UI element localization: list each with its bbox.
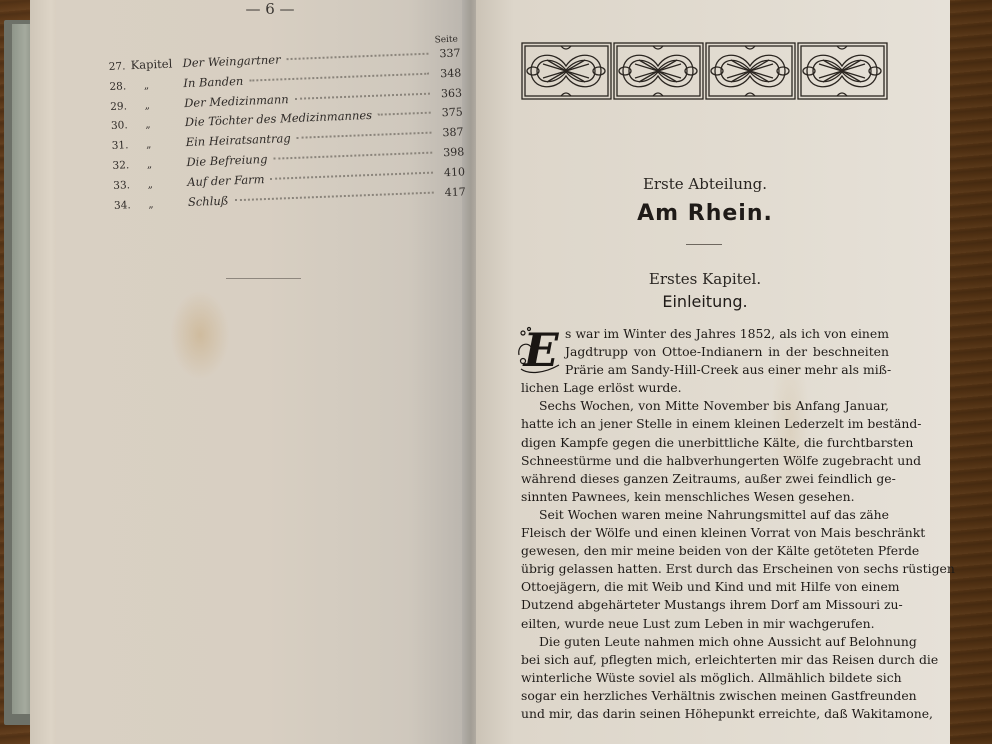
toc-entry-prefix: Kapitel [130, 56, 182, 72]
toc-entry-prefix: „ [136, 198, 166, 210]
text-line: während dieses ganzen Zeitraums, außer z… [521, 470, 889, 488]
text-line: Sechs Wochen, von Mitte November bis Anf… [521, 397, 889, 415]
toc-entry-title: Ein Heiratsantrag [185, 131, 291, 149]
text-line: übrig gelassen hatten. Erst durch das Er… [521, 560, 889, 578]
toc-entry-page: 337 [434, 46, 460, 60]
chapter-body-text: s war im Winter des Jahres 1852, als ich… [521, 325, 889, 723]
page-number: — 6 — [230, 0, 310, 18]
section-title: Am Rhein. [580, 201, 830, 226]
toc-leader-dots [295, 92, 430, 99]
toc-leader-dots [273, 152, 432, 160]
text-line: gewesen, den mir meine beiden von der Kä… [521, 542, 889, 560]
text-line: und mir, das darin seinen Höhepunkt erre… [521, 705, 889, 723]
toc-leader-dots [297, 132, 432, 139]
text-line: winterliche Wüste soviel als möglich. Al… [521, 669, 889, 687]
toc-entry-number: 28. [109, 80, 131, 93]
chapter-label: Erstes Kapitel. [580, 270, 830, 288]
text-line: Ottoejägern, die mit Weib und Kind und m… [521, 578, 889, 596]
toc-entry-page: 387 [437, 126, 463, 140]
text-line: lichen Lage erlöst wurde. [521, 379, 889, 397]
toc-entry-number: 27. [108, 60, 130, 73]
toc-entry-number: 33. [113, 179, 135, 192]
foxing-stain [170, 290, 230, 380]
toc-entry-prefix: „ [131, 80, 161, 92]
text-line: Schneestürme und die halbverhungerten Wö… [521, 452, 889, 470]
toc-entry-page: 417 [440, 185, 466, 199]
toc-entry-title: Die Befreiung [186, 152, 268, 169]
section-divider-rule [686, 244, 722, 245]
toc-entry-number: 32. [112, 159, 134, 172]
celtic-knot-ornament-icon [521, 42, 889, 100]
text-line: Jagdtrupp von Ottoe-Indianern in der bes… [521, 343, 889, 361]
toc-entry-number: 29. [110, 100, 132, 113]
toc-entry-title: Der Weingartner [182, 52, 280, 70]
toc-leader-dots [249, 72, 429, 81]
text-line: sinnten Pawnees, kein menschliches Wesen… [521, 488, 889, 506]
toc-entry-number: 34. [114, 199, 136, 212]
toc-entry-page: 363 [436, 86, 462, 100]
toc-entry-page: 348 [435, 66, 461, 80]
toc-entry-prefix: „ [135, 179, 165, 191]
text-line: digen Kampfe gegen die unerbittliche Käl… [521, 434, 889, 452]
toc-entry-number: 30. [111, 119, 133, 132]
toc-end-rule [226, 278, 301, 279]
text-line: Dutzend abgehärteter Mustangs ihrem Dorf… [521, 596, 889, 614]
table-of-contents: Seite 27. Kapitel Der Weingartner 337 28… [108, 34, 466, 217]
toc-entry-page: 410 [439, 165, 465, 179]
toc-leader-dots [234, 191, 433, 201]
toc-entry-number: 31. [112, 139, 134, 152]
toc-leader-dots [287, 53, 429, 60]
section-label: Erste Abteilung. [580, 175, 830, 193]
toc-entry-prefix: „ [133, 119, 163, 131]
chapter-title: Einleitung. [580, 292, 830, 311]
toc-entry-title: Auf der Farm [187, 172, 265, 189]
toc-leader-dots [271, 171, 434, 179]
toc-entry-page: 375 [437, 106, 463, 120]
toc-entry-prefix: „ [132, 100, 162, 112]
toc-entry-page: 398 [438, 145, 464, 159]
toc-entry-prefix: „ [134, 159, 164, 171]
text-line: hatte ich an jener Stelle in einem klein… [521, 415, 889, 433]
text-line: Fleisch der Wölfe und einen kleinen Vorr… [521, 524, 889, 542]
toc-entry-title: Schluß [188, 193, 229, 209]
text-line: bei sich auf, pflegten mich, erleichtert… [521, 651, 889, 669]
toc-entry-title: In Banden [183, 74, 243, 90]
toc-entry-title: Der Medizinmann [184, 92, 289, 110]
text-line: Die guten Leute nahmen mich ohne Aussich… [521, 633, 889, 651]
text-line: Prärie am Sandy-Hill-Creek aus einer meh… [521, 361, 889, 379]
text-line: s war im Winter des Jahres 1852, als ich… [521, 325, 889, 343]
text-line: sogar ein herzliches Verhältnis zwischen… [521, 687, 889, 705]
text-line: eilten, wurde neue Lust zum Leben in mir… [521, 615, 889, 633]
toc-leader-dots [378, 112, 431, 116]
text-line: Seit Wochen waren meine Nahrungsmittel a… [521, 506, 889, 524]
toc-entry-prefix: „ [134, 139, 164, 151]
